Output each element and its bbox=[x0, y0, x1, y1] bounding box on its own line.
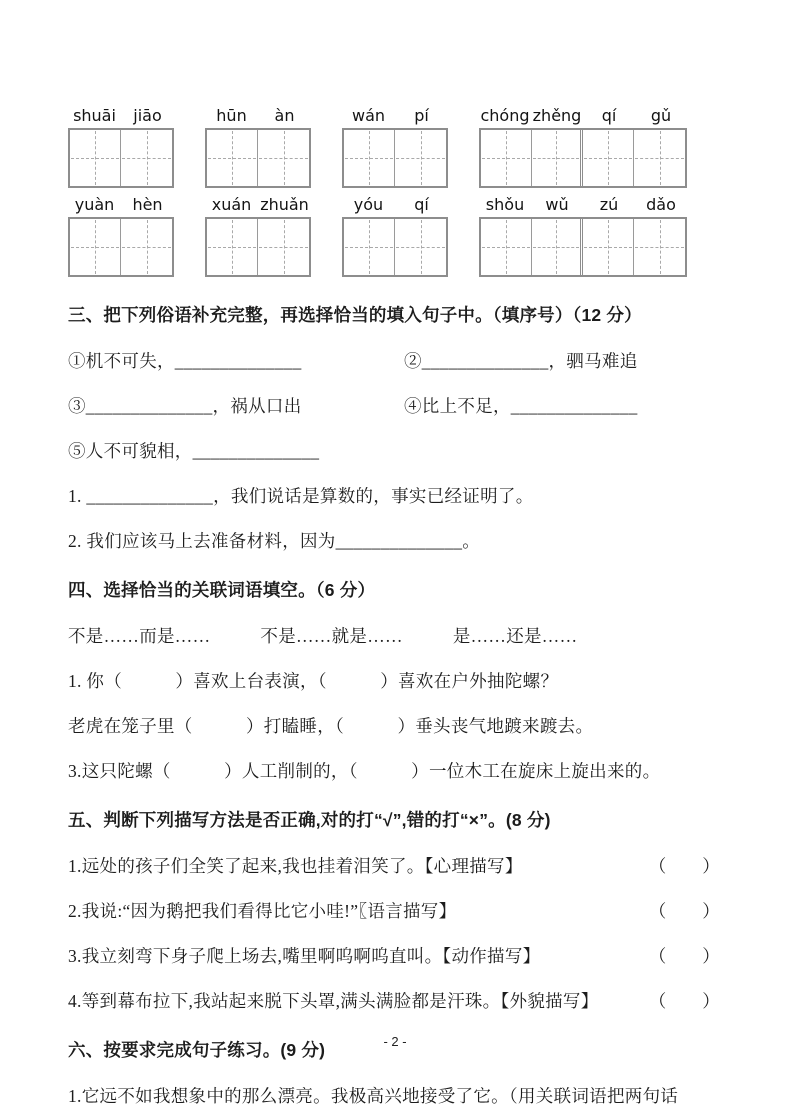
writing-grid bbox=[205, 128, 311, 188]
pinyin-labels: shǒuwǔzúdǎo bbox=[479, 195, 687, 214]
section-four: 四、选择恰当的关联词语填空。（6 分） 不是……而是……不是……就是……是……还… bbox=[68, 577, 720, 782]
writing-grid-cell bbox=[532, 130, 583, 186]
pinyin-labels: wánpí bbox=[342, 106, 448, 125]
pinyin-row: yuànhènxuánzhuǎnyóuqíshǒuwǔzúdǎo bbox=[68, 195, 720, 277]
writing-grid-cell bbox=[207, 130, 258, 186]
conjunction-option: 不是……而是…… bbox=[68, 626, 210, 647]
writing-grid bbox=[342, 128, 448, 188]
pinyin-syllable: gǔ bbox=[635, 106, 687, 125]
pinyin-writing-section: shuāijiāohūnànwánpíchóngzhěngqígǔyuànhèn… bbox=[68, 106, 720, 277]
conjunction-options: 不是……而是……不是……就是……是……还是…… bbox=[68, 626, 720, 647]
pinyin-labels: yuànhèn bbox=[68, 195, 174, 214]
idiom-item: ①机不可失，______________ bbox=[68, 351, 404, 372]
pinyin-group: shǒuwǔzúdǎo bbox=[479, 195, 687, 277]
pinyin-labels: hūnàn bbox=[205, 106, 311, 125]
sentence-exercise-list: 1.它远不如我想象中的那么漂亮。我极高兴地接受了它。（用关联词语把两句话 bbox=[68, 1086, 720, 1107]
writing-grid-cell bbox=[121, 130, 172, 186]
pinyin-syllable: zhuǎn bbox=[258, 195, 311, 214]
writing-grid-cell bbox=[70, 130, 121, 186]
writing-grid-cell bbox=[207, 219, 258, 275]
page-number: - 2 - bbox=[0, 1034, 790, 1049]
pinyin-syllable: yóu bbox=[342, 195, 395, 214]
fill-sentence: 1. ______________，我们说话是算数的，事实已经证明了。 bbox=[68, 486, 720, 507]
idiom-item: ⑤人不可貌相，______________ bbox=[68, 441, 404, 462]
writing-grid-cell bbox=[121, 219, 172, 275]
fill-sentence: 2. 我们应该马上去准备材料，因为______________。 bbox=[68, 531, 720, 552]
section-three-heading: 三、把下列俗语补充完整，再选择恰当的填入句子中。（填序号）（12 分） bbox=[68, 302, 720, 327]
idiom-row: ⑤人不可貌相，______________ bbox=[68, 441, 720, 462]
pinyin-group: yóuqí bbox=[342, 195, 448, 277]
pinyin-syllable: hūn bbox=[205, 106, 258, 125]
answer-parentheses: （ ） bbox=[649, 856, 720, 877]
pinyin-row: shuāijiāohūnànwánpíchóngzhěngqígǔ bbox=[68, 106, 720, 188]
pinyin-syllable: wán bbox=[342, 106, 395, 125]
conjunction-option: 不是……就是…… bbox=[260, 626, 402, 647]
writing-grid-cell bbox=[532, 219, 583, 275]
pinyin-syllable: chóng bbox=[479, 106, 531, 125]
writing-grid-cell bbox=[583, 219, 634, 275]
idiom-fill-list: ①机不可失，______________②______________，驷马难追… bbox=[68, 351, 720, 462]
judgement-text: 2.我说:“因为鹅把我们看得比它小哇!”〖语言描写】 bbox=[68, 901, 456, 922]
judgement-text: 1.远处的孩子们全笑了起来,我也挂着泪笑了。【心理描写】 bbox=[68, 856, 523, 877]
pinyin-syllable: shǒu bbox=[479, 195, 531, 214]
sentence-exercise: 1.它远不如我想象中的那么漂亮。我极高兴地接受了它。（用关联词语把两句话 bbox=[68, 1086, 720, 1107]
pinyin-labels: chóngzhěngqígǔ bbox=[479, 106, 687, 125]
pinyin-syllable: yuàn bbox=[68, 195, 121, 214]
writing-grid bbox=[479, 217, 687, 277]
pinyin-group: yuànhèn bbox=[68, 195, 174, 277]
pinyin-syllable: àn bbox=[258, 106, 311, 125]
pinyin-group: wánpí bbox=[342, 106, 448, 188]
writing-grid-cell bbox=[258, 130, 309, 186]
idiom-row: ③______________，祸从口出④比上不足，______________ bbox=[68, 396, 720, 417]
writing-grid-cell bbox=[395, 219, 446, 275]
pinyin-group: chóngzhěngqígǔ bbox=[479, 106, 687, 188]
writing-grid-cell bbox=[481, 219, 532, 275]
answer-parentheses: （ ） bbox=[649, 991, 720, 1012]
conjunction-sentence: 老虎在笼子里（ ）打瞌睡，（ ）垂头丧气地踱来踱去。 bbox=[68, 716, 720, 737]
pinyin-group: xuánzhuǎn bbox=[205, 195, 311, 277]
judgement-item: 3.我立刻弯下身子爬上场去,嘴里啊呜啊呜直叫。【动作描写】（ ） bbox=[68, 946, 720, 967]
pinyin-labels: yóuqí bbox=[342, 195, 448, 214]
worksheet-page: shuāijiāohūnànwánpíchóngzhěngqígǔyuànhèn… bbox=[0, 0, 790, 1118]
conjunction-sentence: 1. 你（ ）喜欢上台表演，（ ）喜欢在户外抽陀螺？ bbox=[68, 671, 720, 692]
idiom-item: ②______________，驷马难追 bbox=[404, 351, 720, 372]
conjunction-sentence: 3.这只陀螺（ ）人工削制的，（ ）一位木工在旋床上旋出来的。 bbox=[68, 761, 720, 782]
writing-grid-cell bbox=[395, 130, 446, 186]
judgement-text: 4.等到幕布拉下,我站起来脱下头罩,满头满脸都是汗珠。【外貌描写】 bbox=[68, 991, 599, 1012]
idiom-row: ①机不可失，______________②______________，驷马难追 bbox=[68, 351, 720, 372]
pinyin-syllable: shuāi bbox=[68, 106, 121, 125]
judgement-item: 2.我说:“因为鹅把我们看得比它小哇!”〖语言描写】（ ） bbox=[68, 901, 720, 922]
judgement-list: 1.远处的孩子们全笑了起来,我也挂着泪笑了。【心理描写】（ ）2.我说:“因为鹅… bbox=[68, 856, 720, 1012]
writing-grid-cell bbox=[70, 219, 121, 275]
judgement-item: 4.等到幕布拉下,我站起来脱下头罩,满头满脸都是汗珠。【外貌描写】（ ） bbox=[68, 991, 720, 1012]
pinyin-syllable: zhěng bbox=[531, 106, 583, 125]
writing-grid-cell bbox=[344, 130, 395, 186]
section-five-heading: 五、判断下列描写方法是否正确,对的打“√”,错的打“×”。(8 分) bbox=[68, 807, 720, 832]
pinyin-syllable: qí bbox=[395, 195, 448, 214]
writing-grid bbox=[342, 217, 448, 277]
pinyin-rows: shuāijiāohūnànwánpíchóngzhěngqígǔyuànhèn… bbox=[68, 106, 720, 277]
pinyin-syllable: wǔ bbox=[531, 195, 583, 214]
writing-grid bbox=[68, 128, 174, 188]
writing-grid-cell bbox=[258, 219, 309, 275]
pinyin-labels: shuāijiāo bbox=[68, 106, 174, 125]
pinyin-syllable: qí bbox=[583, 106, 635, 125]
judgement-item: 1.远处的孩子们全笑了起来,我也挂着泪笑了。【心理描写】（ ） bbox=[68, 856, 720, 877]
pinyin-syllable: pí bbox=[395, 106, 448, 125]
pinyin-syllable: hèn bbox=[121, 195, 174, 214]
section-four-heading: 四、选择恰当的关联词语填空。（6 分） bbox=[68, 577, 720, 602]
idiom-item: ③______________，祸从口出 bbox=[68, 396, 404, 417]
writing-grid-cell bbox=[634, 130, 685, 186]
pinyin-syllable: jiāo bbox=[121, 106, 174, 125]
pinyin-group: shuāijiāo bbox=[68, 106, 174, 188]
writing-grid-cell bbox=[481, 130, 532, 186]
writing-grid bbox=[205, 217, 311, 277]
writing-grid-cell bbox=[583, 130, 634, 186]
conjunction-sentence-list: 1. 你（ ）喜欢上台表演，（ ）喜欢在户外抽陀螺？老虎在笼子里（ ）打瞌睡，（… bbox=[68, 671, 720, 782]
writing-grid-cell bbox=[344, 219, 395, 275]
section-three: 三、把下列俗语补充完整，再选择恰当的填入句子中。（填序号）（12 分） ①机不可… bbox=[68, 302, 720, 552]
conjunction-option: 是……还是…… bbox=[453, 626, 578, 647]
pinyin-syllable: xuán bbox=[205, 195, 258, 214]
answer-parentheses: （ ） bbox=[649, 946, 720, 967]
idiom-sentence-list: 1. ______________，我们说话是算数的，事实已经证明了。2. 我们… bbox=[68, 486, 720, 552]
answer-parentheses: （ ） bbox=[649, 901, 720, 922]
writing-grid-cell bbox=[634, 219, 685, 275]
pinyin-group: hūnàn bbox=[205, 106, 311, 188]
pinyin-syllable: dǎo bbox=[635, 195, 687, 214]
section-five: 五、判断下列描写方法是否正确,对的打“√”,错的打“×”。(8 分) 1.远处的… bbox=[68, 807, 720, 1012]
idiom-item: ④比上不足，______________ bbox=[404, 396, 720, 417]
writing-grid bbox=[68, 217, 174, 277]
judgement-text: 3.我立刻弯下身子爬上场去,嘴里啊呜啊呜直叫。【动作描写】 bbox=[68, 946, 540, 967]
writing-grid bbox=[479, 128, 687, 188]
pinyin-labels: xuánzhuǎn bbox=[205, 195, 311, 214]
pinyin-syllable: zú bbox=[583, 195, 635, 214]
